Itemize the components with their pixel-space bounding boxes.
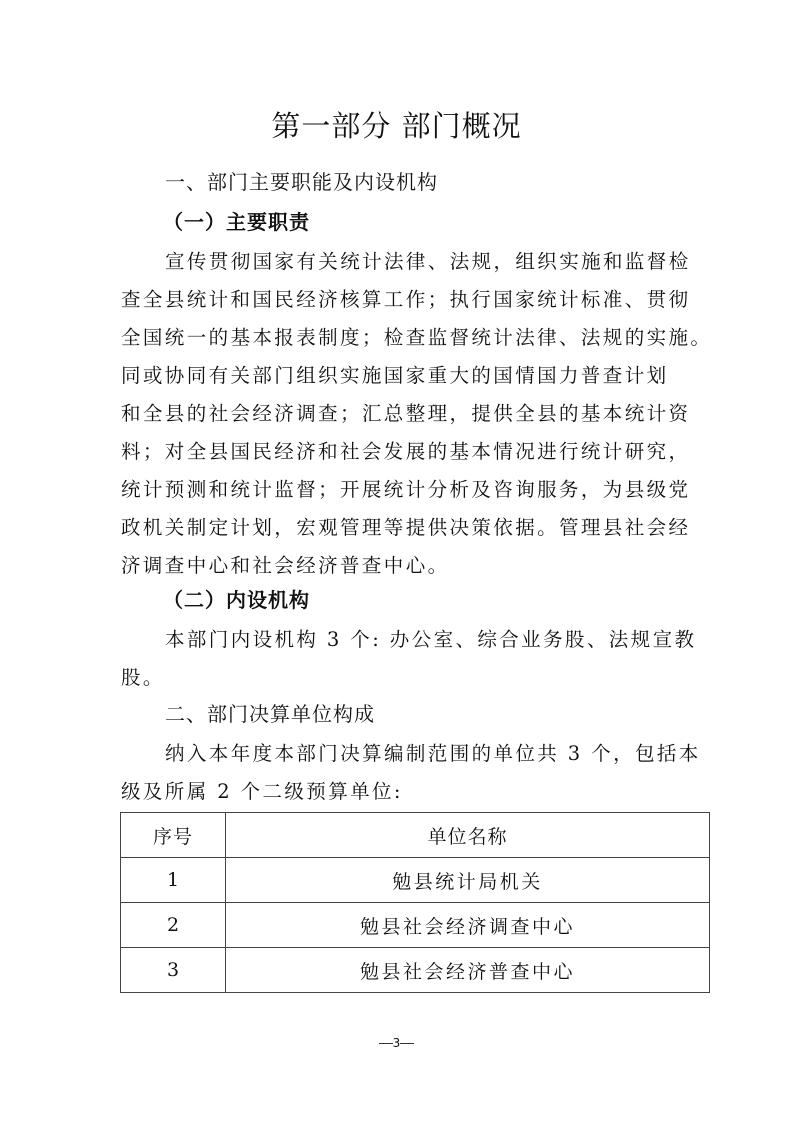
- cell-number: 2: [121, 903, 226, 948]
- paragraph-line: 济调查中心和社会经济普查中心。: [121, 552, 681, 580]
- paragraph-line: 同或协同有关部门组织实施国家重大的国情国力普查计划: [121, 362, 681, 390]
- cell-unit-name: 勉县统计局机关: [226, 858, 710, 903]
- cell-number: 3: [121, 948, 226, 993]
- column-header-number: 序号: [121, 813, 226, 858]
- dash-right: [400, 1043, 414, 1044]
- paragraph-line: 股。: [121, 664, 681, 692]
- table-header-row: 序号 单位名称: [121, 813, 710, 858]
- page-footer: 3: [0, 1036, 793, 1050]
- paragraph-line: 宣传贯彻国家有关统计法律、法规，组织实施和监督检: [165, 248, 725, 276]
- section-heading-units: 二、部门决算单位构成: [165, 700, 375, 728]
- paragraph-line: 全国统一的基本报表制度；检查监督统计法律、法规的实施。: [121, 324, 681, 352]
- cell-unit-name: 勉县社会经济普查中心: [226, 948, 710, 993]
- table-row: 3 勉县社会经济普查中心: [121, 948, 710, 993]
- paragraph-line: 级及所属 2 个二级预算单位:: [121, 778, 681, 806]
- page-number: 3: [393, 1036, 401, 1050]
- paragraph-line: 和全县的社会经济调查；汇总整理，提供全县的基本统计资: [121, 400, 681, 428]
- paragraph-line: 料；对全县国民经济和社会发展的基本情况进行统计研究，: [121, 438, 681, 466]
- subsection-heading-internal-structure: （二）内设机构: [163, 586, 310, 614]
- table-row: 1 勉县统计局机关: [121, 858, 710, 903]
- table-row: 2 勉县社会经济调查中心: [121, 903, 710, 948]
- paragraph-line: 本部门内设机构 3 个: 办公室、综合业务股、法规宣教: [165, 626, 725, 654]
- document-page: 第一部分 部门概况 一、部门主要职能及内设机构 （一）主要职责 宣传贯彻国家有关…: [0, 0, 793, 1122]
- dash-left: [379, 1043, 393, 1044]
- units-table: 序号 单位名称 1 勉县统计局机关 2 勉县社会经济调查中心 3 勉县社会经济普…: [120, 812, 710, 993]
- paragraph-line: 纳入本年度本部门决算编制范围的单位共 3 个，包括本: [165, 740, 725, 768]
- paragraph-line: 政机关制定计划，宏观管理等提供决策依据。管理县社会经: [121, 514, 681, 542]
- paragraph-line: 统计预测和统计监督；开展统计分析及咨询服务，为县级党: [121, 476, 681, 504]
- paragraph-line: 查全县统计和国民经济核算工作；执行国家统计标准、贯彻: [121, 286, 681, 314]
- column-header-unit-name: 单位名称: [226, 813, 710, 858]
- subsection-heading-responsibilities: （一）主要职责: [163, 208, 310, 236]
- page-title: 第一部分 部门概况: [0, 106, 793, 146]
- cell-unit-name: 勉县社会经济调查中心: [226, 903, 710, 948]
- section-heading-functions: 一、部门主要职能及内设机构: [165, 168, 438, 196]
- cell-number: 1: [121, 858, 226, 903]
